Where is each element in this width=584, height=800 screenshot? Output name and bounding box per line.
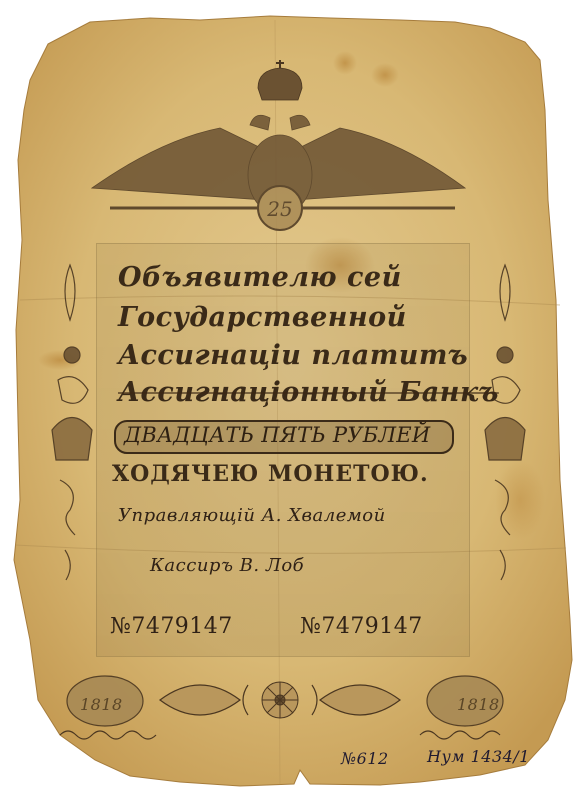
serial-number-right: №7479147 <box>300 614 423 639</box>
serial-number-left: №7479147 <box>110 614 233 639</box>
currency-line: ХОДЯЧЕЮ МОНЕТОЮ. <box>112 461 429 487</box>
denomination-numeral: 25 <box>266 197 292 221</box>
manager-signature: Управляющій А. Хвалемой <box>118 505 386 526</box>
text-line-2: Государственной <box>118 302 407 333</box>
handwritten-number: №612 <box>341 749 389 768</box>
rosette-icon <box>262 682 298 718</box>
amount-text: ДВАДЦАТЬ ПЯТЬ РУБЛЕЙ <box>124 423 431 447</box>
year-medallion-right: 1818 <box>457 695 500 714</box>
text-line-3: Ассигнаціи платитъ <box>118 340 468 371</box>
year-medallion-left: 1818 <box>80 695 123 714</box>
text-line-4: Ассигнаціонный Банкъ <box>118 377 499 408</box>
handwritten-catalog-number: Нум 1434/1 <box>427 747 530 766</box>
cashier-signature: Кассиръ В. Лоб <box>150 555 304 576</box>
text-line-1: Объявителю сей <box>118 262 402 293</box>
